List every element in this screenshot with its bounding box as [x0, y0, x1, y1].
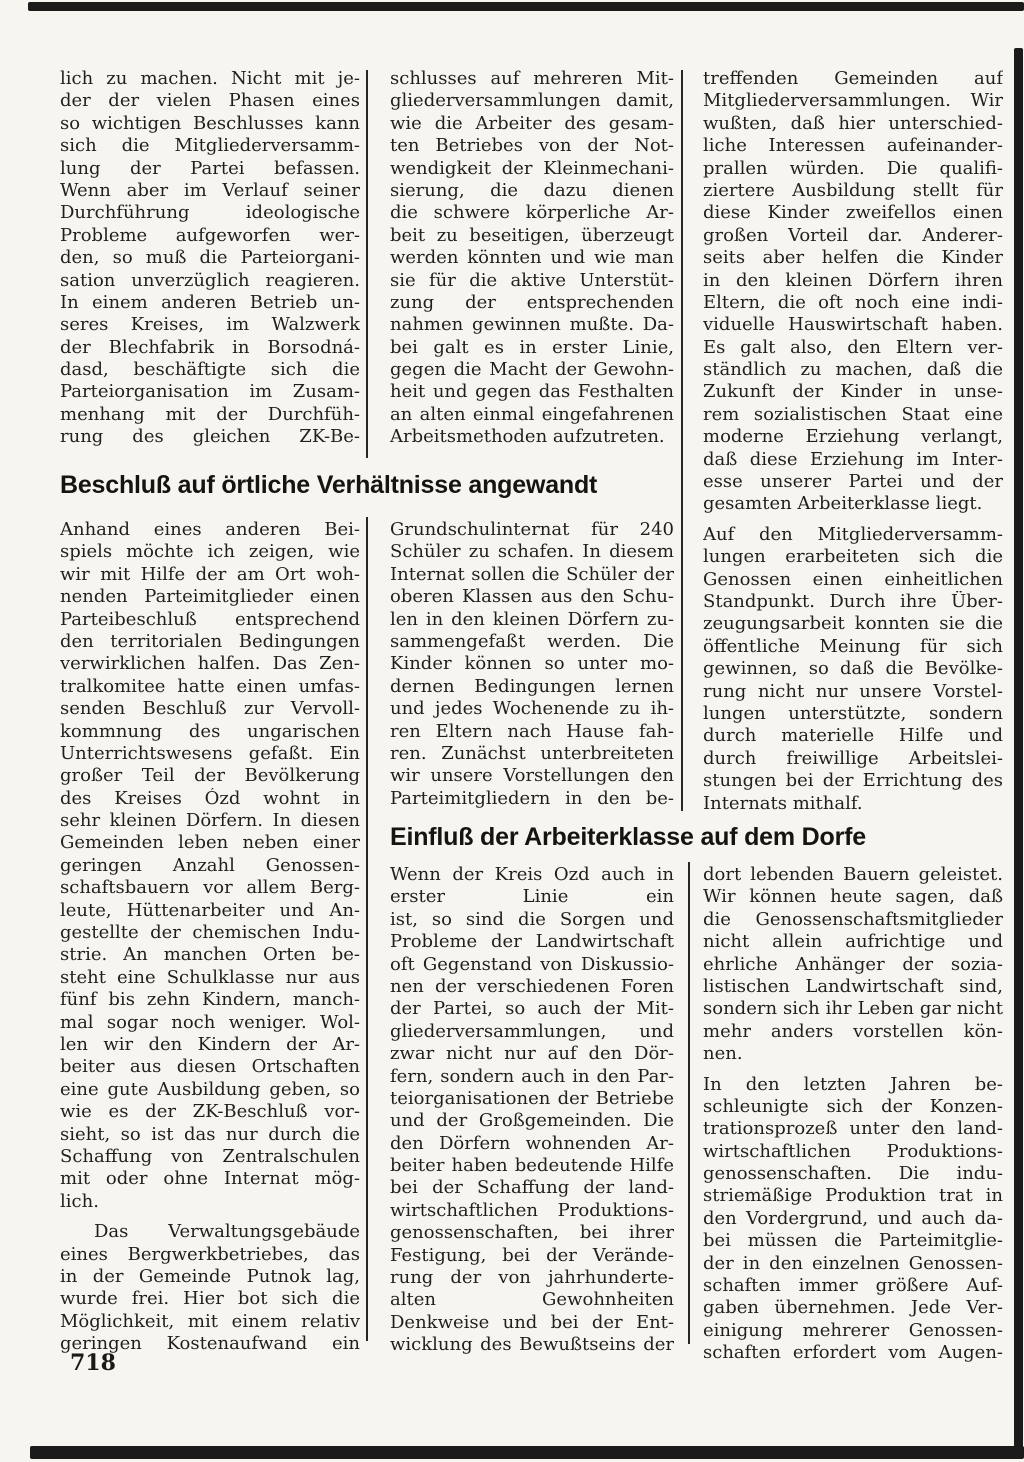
- text-line: seits aber helfen die Kinder: [703, 247, 1003, 269]
- column-divider: [366, 517, 368, 1341]
- text-line: wir unsere Vorstellungen den: [390, 765, 674, 787]
- text-line: rem sozialistischen Staat eine: [703, 404, 1003, 426]
- text-line: Zukunft der Kinder in unse-: [703, 381, 1003, 403]
- text-line: fünf bis zehn Kindern, manch-: [60, 989, 360, 1011]
- text-line: esse unserer Partei und der: [703, 471, 1003, 493]
- text-line: wirtschaftlichen Produktions-: [390, 1200, 674, 1222]
- text-line: des Kreises Ózd wohnt in: [60, 788, 360, 810]
- text-line: Genossen einen einheitlichen: [703, 569, 1003, 591]
- text-line: Arbeitsmethoden aufzutreten.: [390, 426, 674, 448]
- text-line: trationsprozeß unter den land-: [703, 1118, 1003, 1140]
- text-line: Internat sollen die Schüler der: [390, 564, 674, 586]
- text-column-middle-top: schlusses auf mehreren Mit-gliederversam…: [390, 68, 674, 449]
- text-line: beiter aus diesen Ortschaften: [60, 1056, 360, 1078]
- scan-artifact-top-bar: [28, 2, 1024, 11]
- text-column-right: treffenden Gemeinden aufMitgliederversam…: [703, 68, 1003, 815]
- text-line: Probleme der Landwirtschaft: [390, 931, 674, 953]
- text-line: wie es der ZK-Beschluß vor-: [60, 1101, 360, 1123]
- text-line: bei der Schaffung der land-: [390, 1177, 674, 1199]
- text-line: nenden Parteimitglieder einen: [60, 586, 360, 608]
- text-line: mehr anders vorstellen kön-: [703, 1021, 1003, 1043]
- text-line: oberen Klassen aus den Schu-: [390, 586, 674, 608]
- text-line: ten Betriebes von der Not-: [390, 135, 674, 157]
- text-line: Parteiorganisation im Zusam-: [60, 381, 360, 403]
- text-line: ren Eltern nach Hause fah-: [390, 721, 674, 743]
- text-line: tralkomitee hatte einen umfas-: [60, 676, 360, 698]
- scanned-page: lich zu machen. Nicht mit je-der der vie…: [0, 0, 1024, 1462]
- text-line: genossenschaften, bei ihrer: [390, 1222, 674, 1244]
- text-line: Standpunkt. Durch ihre Über-: [703, 591, 1003, 613]
- text-line: gestellte der chemischen Indu-: [60, 922, 360, 944]
- text-line: Das Verwaltungsgebäude: [60, 1221, 360, 1243]
- text-line: lich.: [60, 1191, 360, 1213]
- text-line: erster Linie ein Industriegebiet: [390, 886, 674, 908]
- text-line: gaben übernehmen. Jede Ver-: [703, 1297, 1003, 1319]
- text-line: len in den kleinen Dörfern zu-: [390, 609, 674, 631]
- text-line: moderne Erziehung verlangt,: [703, 426, 1003, 448]
- text-line: gewinnen, so daß die Bevölke-: [703, 658, 1003, 680]
- text-line: Auf den Mitgliederversamm-: [703, 524, 1003, 546]
- text-line: Anhand eines anderen Bei-: [60, 519, 360, 541]
- text-line: nahmen gewinnen mußte. Da-: [390, 314, 674, 336]
- text-line: prallen würden. Die qualifi-: [703, 158, 1003, 180]
- text-line: liche Interessen aufeinander-: [703, 135, 1003, 157]
- text-line: ren. Zunächst unterbreiteten: [390, 743, 674, 765]
- paragraph: Wenn der Kreis Ozd auch inerster Linie e…: [390, 864, 674, 1357]
- text-line: dernen Bedingungen lernen: [390, 676, 674, 698]
- text-column-middle-bottom: Wenn der Kreis Ozd auch inerster Linie e…: [390, 864, 674, 1357]
- text-line: rung der von jahrhunderte-: [390, 1267, 674, 1289]
- text-line: Probleme aufgeworfen wer-: [60, 225, 360, 247]
- text-line: mal sogar noch weniger. Wol-: [60, 1012, 360, 1034]
- text-line: Unterrichtswesens gefaßt. Ein: [60, 743, 360, 765]
- text-line: strie. An manchen Orten be-: [60, 944, 360, 966]
- text-line: bei müssen die Parteimitglie-: [703, 1230, 1003, 1252]
- text-line: der in den einzelnen Genossen-: [703, 1253, 1003, 1275]
- text-line: geringen Anzahl Genossen-: [60, 855, 360, 877]
- text-line: Internats mithalf.: [703, 793, 1003, 815]
- paragraph: schlusses auf mehreren Mit-gliederversam…: [390, 68, 674, 449]
- text-line: seres Kreises, im Walzwerk: [60, 314, 360, 336]
- text-line: Eltern, die oft noch eine indi-: [703, 292, 1003, 314]
- text-line: den, so muß die Parteiorgani-: [60, 247, 360, 269]
- paragraph: treffenden Gemeinden aufMitgliederversam…: [703, 68, 1003, 516]
- text-line: gesamten Arbeiterklasse liegt.: [703, 493, 1003, 515]
- text-line: die schwere körperliche Ar-: [390, 202, 674, 224]
- text-line: zwar nicht nur auf den Dör-: [390, 1043, 674, 1065]
- text-line: In den letzten Jahren be-: [703, 1074, 1003, 1096]
- text-line: den Vordergrund, und auch da-: [703, 1208, 1003, 1230]
- text-line: wendigkeit der Kleinmechani-: [390, 158, 674, 180]
- text-line: Es galt also, den Eltern ver-: [703, 337, 1003, 359]
- text-line: lung der Partei befassen.: [60, 158, 360, 180]
- text-line: Schüler zu schafen. In diesem: [390, 541, 674, 563]
- text-line: zeugungsarbeit konnten sie die: [703, 613, 1003, 635]
- text-line: oft Gegenstand von Diskussio-: [390, 954, 674, 976]
- text-line: ist, so sind die Sorgen und: [390, 909, 674, 931]
- text-line: len wir den Kindern der Ar-: [60, 1034, 360, 1056]
- text-line: treffenden Gemeinden auf: [703, 68, 1003, 90]
- text-line: der Blechfabrik in Borsodná-: [60, 337, 360, 359]
- text-line: viduelle Hauswirtschaft haben.: [703, 314, 1003, 336]
- text-line: dasd, beschäftigte sich die: [60, 359, 360, 381]
- text-line: spiels möchte ich zeigen, wie: [60, 541, 360, 563]
- text-line: nicht allein aufrichtige und: [703, 931, 1003, 953]
- text-line: und jedes Wochenende zu ih-: [390, 698, 674, 720]
- text-line: rung des gleichen ZK-Be-: [60, 426, 360, 448]
- text-line: durch materielle Hilfe und: [703, 725, 1003, 747]
- section-heading-1: Beschluß auf örtliche Verhältnisse angew…: [60, 470, 597, 500]
- text-line: an alten einmal eingefahrenen: [390, 404, 674, 426]
- text-line: sieht, so ist das nur durch die: [60, 1124, 360, 1146]
- text-line: und der Großgemeinden. Die in: [390, 1110, 674, 1132]
- text-line: sation unverzüglich reagieren.: [60, 270, 360, 292]
- text-line: wirtschaftlichen Produktions-: [703, 1141, 1003, 1163]
- scan-artifact-bottom-bar: [30, 1446, 1024, 1459]
- text-column-left-bottom: Anhand eines anderen Bei-spiels möchte i…: [60, 519, 360, 1355]
- text-line: fern, sondern auch in den Par-: [390, 1066, 674, 1088]
- text-line: wie die Arbeiter des gesam-: [390, 113, 674, 135]
- paragraph: Anhand eines anderen Bei-spiels möchte i…: [60, 519, 360, 1213]
- text-line: dort lebenden Bauern geleistet.: [703, 864, 1003, 886]
- text-line: bei galt es in erster Linie,: [390, 337, 674, 359]
- text-line: durch freiwillige Arbeitslei-: [703, 748, 1003, 770]
- text-line: schaftsbauern vor allem Berg-: [60, 877, 360, 899]
- text-line: diese Kinder zweifellos einen: [703, 202, 1003, 224]
- text-line: Parteibeschluß entsprechend: [60, 609, 360, 631]
- text-line: genossenschaften. Die indu-: [703, 1163, 1003, 1185]
- text-line: verwirklichen halfen. Das Zen-: [60, 653, 360, 675]
- text-line: sierung, die dazu dienen sollte,: [390, 180, 674, 202]
- paragraph: In den letzten Jahren be-schleunigte sic…: [703, 1074, 1003, 1365]
- text-column-left-top: lich zu machen. Nicht mit je-der der vie…: [60, 68, 360, 449]
- text-line: striemäßige Produktion trat in: [703, 1185, 1003, 1207]
- text-line: Grundschulinternat für 240: [390, 519, 674, 541]
- text-line: listischen Landwirtschaft sind,: [703, 976, 1003, 998]
- scan-artifact-right-bar: [1014, 48, 1023, 1449]
- text-line: öffentliche Meinung für sich: [703, 636, 1003, 658]
- paragraph: Auf den Mitgliederversamm-lungen erarbei…: [703, 524, 1003, 815]
- text-line: der Partei, so auch der Mit-: [390, 998, 674, 1020]
- text-line: nen.: [703, 1043, 1003, 1065]
- text-line: wir mit Hilfe der am Ort woh-: [60, 564, 360, 586]
- text-line: lungen unterstützte, sondern: [703, 703, 1003, 725]
- text-line: Kinder können so unter mo-: [390, 653, 674, 675]
- paragraph: lich zu machen. Nicht mit je-der der vie…: [60, 68, 360, 449]
- text-line: großer Teil der Bevölkerung: [60, 765, 360, 787]
- text-line: so wichtigen Beschlusses kann: [60, 113, 360, 135]
- text-line: werden könnten und wie man: [390, 247, 674, 269]
- text-line: schaften immer größere Auf-: [703, 1275, 1003, 1297]
- text-line: schleunigte sich der Konzen-: [703, 1096, 1003, 1118]
- text-line: heit und gegen das Festhalten: [390, 381, 674, 403]
- text-line: steht eine Schulklasse nur aus: [60, 967, 360, 989]
- text-line: Wenn der Kreis Ozd auch in: [390, 864, 674, 886]
- text-line: Wir können heute sagen, daß: [703, 886, 1003, 908]
- text-line: den territorialen Bedingungen: [60, 631, 360, 653]
- text-line: sich die Mitgliederversamm-: [60, 135, 360, 157]
- text-line: schaften erfordert vom Augen-: [703, 1342, 1003, 1364]
- text-line: die Genossenschaftsmitglieder: [703, 909, 1003, 931]
- text-line: mit oder ohne Internat mög-: [60, 1168, 360, 1190]
- text-line: den Dörfern wohnenden Ar-: [390, 1133, 674, 1155]
- text-line: sammengefaßt werden. Die: [390, 631, 674, 653]
- text-column-middle-mid: Grundschulinternat für 240Schüler zu sch…: [390, 519, 674, 810]
- text-line: gliederversammlungen, und: [390, 1021, 674, 1043]
- text-line: großen Vorteil dar. Anderer-: [703, 225, 1003, 247]
- text-line: teiorganisationen der Betriebe: [390, 1088, 674, 1110]
- text-line: kommnung des ungarischen: [60, 721, 360, 743]
- text-line: ehrliche Anhänger der sozia-: [703, 954, 1003, 976]
- column-divider: [366, 70, 368, 458]
- text-line: menhang mit der Durchfüh-: [60, 404, 360, 426]
- text-line: der der vielen Phasen eines: [60, 90, 360, 112]
- text-line: Denkweise und bei der Ent-: [390, 1312, 674, 1334]
- text-line: wurde frei. Hier bot sich die: [60, 1288, 360, 1310]
- text-line: Festigung, bei der Verände-: [390, 1245, 674, 1267]
- text-line: stungen bei der Errichtung des: [703, 770, 1003, 792]
- text-line: Gemeinden leben neben einer: [60, 832, 360, 854]
- page-number: 718: [70, 1350, 116, 1376]
- text-line: ziertere Ausbildung stellt für: [703, 180, 1003, 202]
- text-line: gliederversammlungen damit,: [390, 90, 674, 112]
- text-line: sondern sich ihr Leben gar nicht: [703, 998, 1003, 1020]
- text-line: Parteimitgliedern in den be-: [390, 788, 674, 810]
- paragraph: Das Verwaltungsgebäudeeines Bergwerkbetr…: [60, 1221, 360, 1355]
- text-line: Schaffung von Zentralschulen: [60, 1146, 360, 1168]
- text-line: daß diese Erziehung im Inter-: [703, 449, 1003, 471]
- text-line: einigung mehrerer Genossen-: [703, 1320, 1003, 1342]
- text-line: In einem anderen Betrieb un-: [60, 292, 360, 314]
- text-line: in den kleinen Dörfern ihren: [703, 270, 1003, 292]
- paragraph: Grundschulinternat für 240Schüler zu sch…: [390, 519, 674, 810]
- text-line: leute, Hüttenarbeiter und An-: [60, 900, 360, 922]
- text-line: lich zu machen. Nicht mit je-: [60, 68, 360, 90]
- text-line: Wenn aber im Verlauf seiner: [60, 180, 360, 202]
- text-line: gegen die Macht der Gewohn-: [390, 359, 674, 381]
- text-line: in der Gemeinde Putnok lag,: [60, 1266, 360, 1288]
- text-line: eine gute Ausbildung geben, so: [60, 1079, 360, 1101]
- column-divider: [688, 862, 690, 1344]
- text-line: nen der verschiedenen Foren: [390, 976, 674, 998]
- paragraph: dort lebenden Bauern geleistet.Wir könne…: [703, 864, 1003, 1066]
- text-line: zung der entsprechenden Maß-: [390, 292, 674, 314]
- text-line: sie für die aktive Unterstüt-: [390, 270, 674, 292]
- text-line: beit zu beseitigen, überzeugt: [390, 225, 674, 247]
- text-line: Durchführung ideologische: [60, 202, 360, 224]
- text-line: Mitgliederversammlungen. Wir: [703, 90, 1003, 112]
- column-divider: [681, 70, 683, 811]
- text-line: wußten, daß hier unterschied-: [703, 113, 1003, 135]
- text-line: ständlich zu machen, daß die: [703, 359, 1003, 381]
- text-line: Möglichkeit, mit einem relativ: [60, 1311, 360, 1333]
- text-line: alten Gewohnheiten belasteten: [390, 1289, 674, 1311]
- text-line: schlusses auf mehreren Mit-: [390, 68, 674, 90]
- text-line: senden Beschluß zur Vervoll-: [60, 698, 360, 720]
- text-line: sehr kleinen Dörfern. In diesen: [60, 810, 360, 832]
- text-line: lungen erarbeiteten sich die: [703, 546, 1003, 568]
- text-column-right-bottom: dort lebenden Bauern geleistet.Wir könne…: [703, 864, 1003, 1365]
- text-line: eines Bergwerkbetriebes, das: [60, 1244, 360, 1266]
- section-heading-2: Einfluß der Arbeiterklasse auf dem Dorfe: [390, 822, 866, 852]
- text-line: rung nicht nur unsere Vorstel-: [703, 681, 1003, 703]
- text-line: beiter haben bedeutende Hilfe: [390, 1155, 674, 1177]
- text-line: wicklung des Bewußtseins der: [390, 1334, 674, 1356]
